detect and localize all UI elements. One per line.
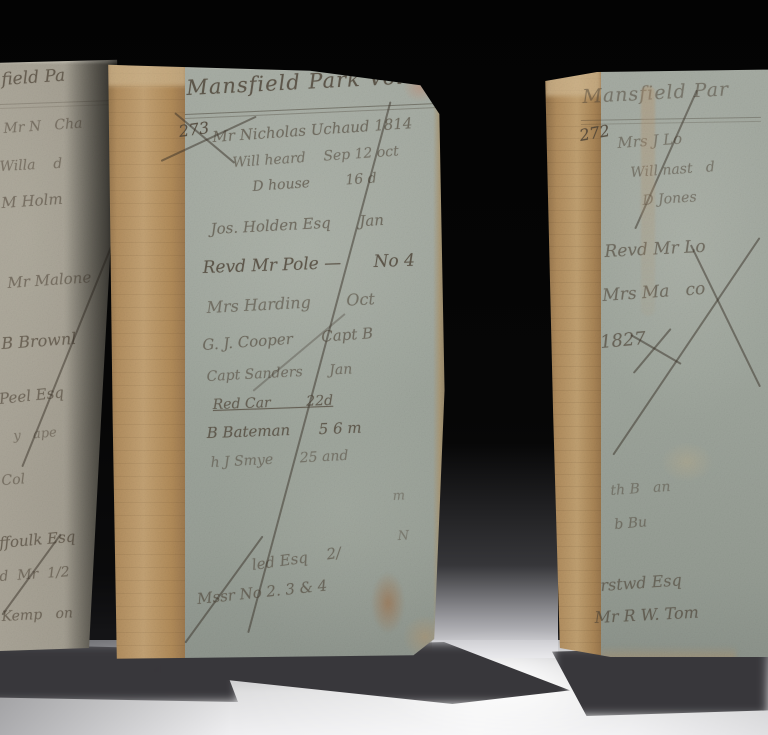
middle-book-spine — [103, 60, 191, 660]
middle-inscription-line: Red Car 22d — [213, 394, 334, 412]
left-book: field Pa Mr N Cha Willa d M Holm Mr Malo… — [0, 58, 122, 654]
middle-inscription-line: m — [392, 489, 405, 503]
middle-book: Mansfield Park Vol 3 273 Mr Nicholas Uch… — [103, 60, 448, 660]
left-book-edge-shadow — [0, 58, 122, 654]
right-inscription-line: th B an — [610, 480, 671, 498]
background-gap-glow — [432, 300, 558, 658]
middle-spine-worn-cap — [107, 60, 187, 86]
right-book: Mansfield Par 272 Mrs J Lo Will nast d D… — [543, 66, 768, 666]
middle-inscription-line: N — [397, 529, 409, 543]
right-inscription-line: b Bu — [614, 515, 648, 532]
photo-scene: field Pa Mr N Cha Willa d M Holm Mr Malo… — [0, 0, 768, 735]
